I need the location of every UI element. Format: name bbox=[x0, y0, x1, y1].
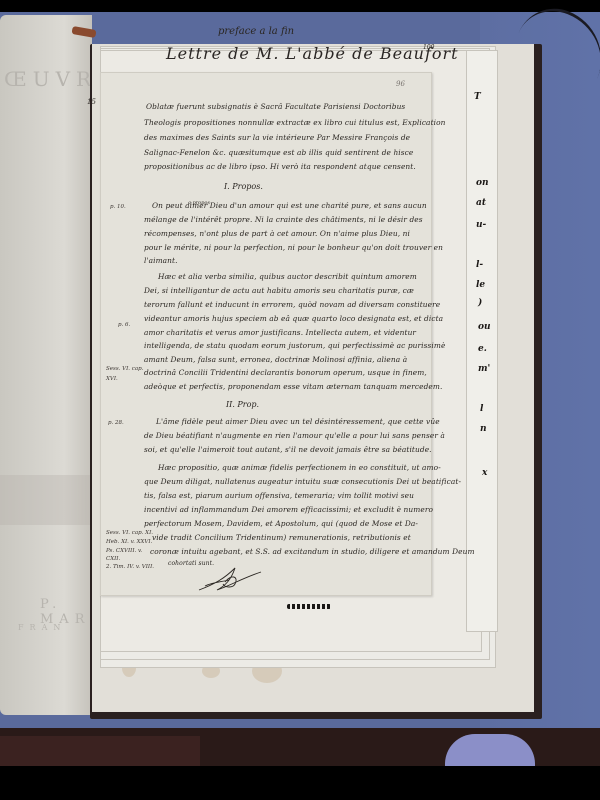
signature-paraph bbox=[195, 560, 265, 596]
french-line: L'âme fidèle peut aimer Dieu avec un tel… bbox=[156, 417, 440, 426]
censure-line: que Deum diligat, nullatenus augeatur in… bbox=[144, 477, 461, 486]
edge-fragment: x bbox=[482, 468, 487, 478]
side-reference: Sess. VI. cap. XI. bbox=[106, 530, 153, 536]
censure-line: videantur amoris hujus speciem ab eâ quæ… bbox=[144, 314, 443, 323]
censure-line: amor charitatis et verus amor justifican… bbox=[144, 328, 416, 337]
edge-fragment: at bbox=[476, 198, 486, 208]
french-line: récompenses, n'ont plus de part à cet am… bbox=[144, 229, 410, 238]
edge-fragment: le bbox=[476, 280, 485, 290]
bottom-border bbox=[0, 766, 600, 800]
floor-below-table bbox=[0, 728, 600, 766]
margin-number: 15 bbox=[87, 98, 96, 106]
side-reference: CXII. bbox=[106, 556, 120, 562]
french-line: pour le mérite, ni pour la perfection, n… bbox=[144, 243, 443, 252]
side-reference: XVI. bbox=[106, 376, 118, 382]
censure-line: perfectorum Mosem, Davidem, et Apostolum… bbox=[144, 519, 418, 528]
censure-line: intelligenda, de statu quodam eorum just… bbox=[144, 341, 445, 350]
edge-fragment: T bbox=[474, 92, 481, 102]
censure-line: terorum fallunt et inducunt in errorem, … bbox=[144, 300, 440, 309]
folio-number-top: 100 bbox=[423, 44, 434, 51]
censure-line: vide tradit Concilium Tridentinum) remun… bbox=[152, 533, 411, 542]
edge-fragment: ) bbox=[478, 298, 482, 308]
french-line: On peut aimer Dieu d'un amour qui est un… bbox=[152, 201, 427, 210]
preamble-line: Oblatæ fuerunt subsignatis è Sacrâ Facul… bbox=[146, 102, 405, 111]
preamble-line: Theologis propositiones nonnullæ extract… bbox=[144, 118, 446, 127]
preamble-line: des maximes des Saints sur la vie intéri… bbox=[144, 133, 410, 142]
french-line: mélange de l'intérêt propre. Ni la crain… bbox=[144, 215, 423, 224]
french-line: l'aimant. bbox=[144, 256, 178, 265]
top-border bbox=[0, 0, 600, 12]
edge-fragment: l bbox=[480, 404, 483, 414]
side-reference: Ps. CXVIII. v. bbox=[106, 548, 142, 554]
censure-line: incentivi ad inflammandum Dei amorem eff… bbox=[144, 505, 433, 514]
censure-line: amant Deum, falsa sunt, erronea, doctrin… bbox=[144, 355, 407, 364]
preamble-line: propositionibus ac de libro ipso. Hi ver… bbox=[144, 162, 416, 171]
censure-line: coronæ intuitu agebant, et S.S. ad excit… bbox=[150, 547, 475, 556]
folio-number-sheet: 96 bbox=[396, 80, 405, 88]
side-reference: Sess. VI. cap. bbox=[106, 366, 143, 372]
page-reference: p. 6. bbox=[118, 322, 130, 328]
edge-fragment: l- bbox=[476, 260, 483, 270]
bleed-through-band bbox=[0, 475, 92, 525]
cloth bbox=[445, 734, 535, 766]
section-heading: II. Prop. bbox=[226, 400, 259, 409]
french-line: de Dieu béatifiant n'augmente en rien l'… bbox=[144, 431, 445, 440]
edge-fragment: m' bbox=[478, 364, 490, 374]
edge-fragment: ou bbox=[478, 322, 491, 332]
censure-line: Dei, si intelligantur de actu aut habitu… bbox=[144, 286, 414, 295]
edge-fragment: on bbox=[476, 178, 489, 188]
censure-line: Hæc et alia verba similia, quibus auctor… bbox=[158, 272, 417, 281]
side-reference: Heb. XI. v. XXVI. bbox=[106, 539, 152, 545]
left-page: ŒUVRES P. MART FRAN bbox=[0, 15, 92, 715]
letter-title: Lettre de M. L'abbé de Beaufort bbox=[166, 44, 459, 63]
censure-line: adeòque et perfectis, proponendam esse v… bbox=[144, 382, 442, 391]
censure-line: Hæc propositio, quæ animæ fidelis perfec… bbox=[158, 463, 441, 472]
edge-fragment: e. bbox=[478, 344, 487, 354]
page-reference: p. 10. bbox=[110, 204, 126, 210]
insertion-note: preface a la fin bbox=[218, 26, 294, 37]
censure-line: doctrinâ Concilii Tridentini declarantis… bbox=[144, 368, 427, 377]
edge-fragment: n bbox=[480, 424, 487, 434]
narrow-slip bbox=[466, 50, 498, 632]
edge-fragment: u- bbox=[476, 220, 486, 230]
section-heading: I. Propos. bbox=[224, 182, 263, 191]
preamble-line: Salignac-Fenelon &c. quæsitumque est ab … bbox=[144, 148, 413, 157]
page-reference: p. 28. bbox=[108, 420, 124, 426]
censure-line: tis, falsa est, piarum aurium offensiva,… bbox=[144, 491, 414, 500]
side-reference: 2. Tim. IV. v. VIII. bbox=[106, 564, 154, 570]
floor-tile bbox=[0, 736, 200, 766]
ink-stamp bbox=[287, 604, 331, 609]
french-line: soi, et qu'elle l'aimeroit tout autant, … bbox=[144, 445, 432, 454]
ghost-text-line: FRAN bbox=[18, 623, 66, 632]
